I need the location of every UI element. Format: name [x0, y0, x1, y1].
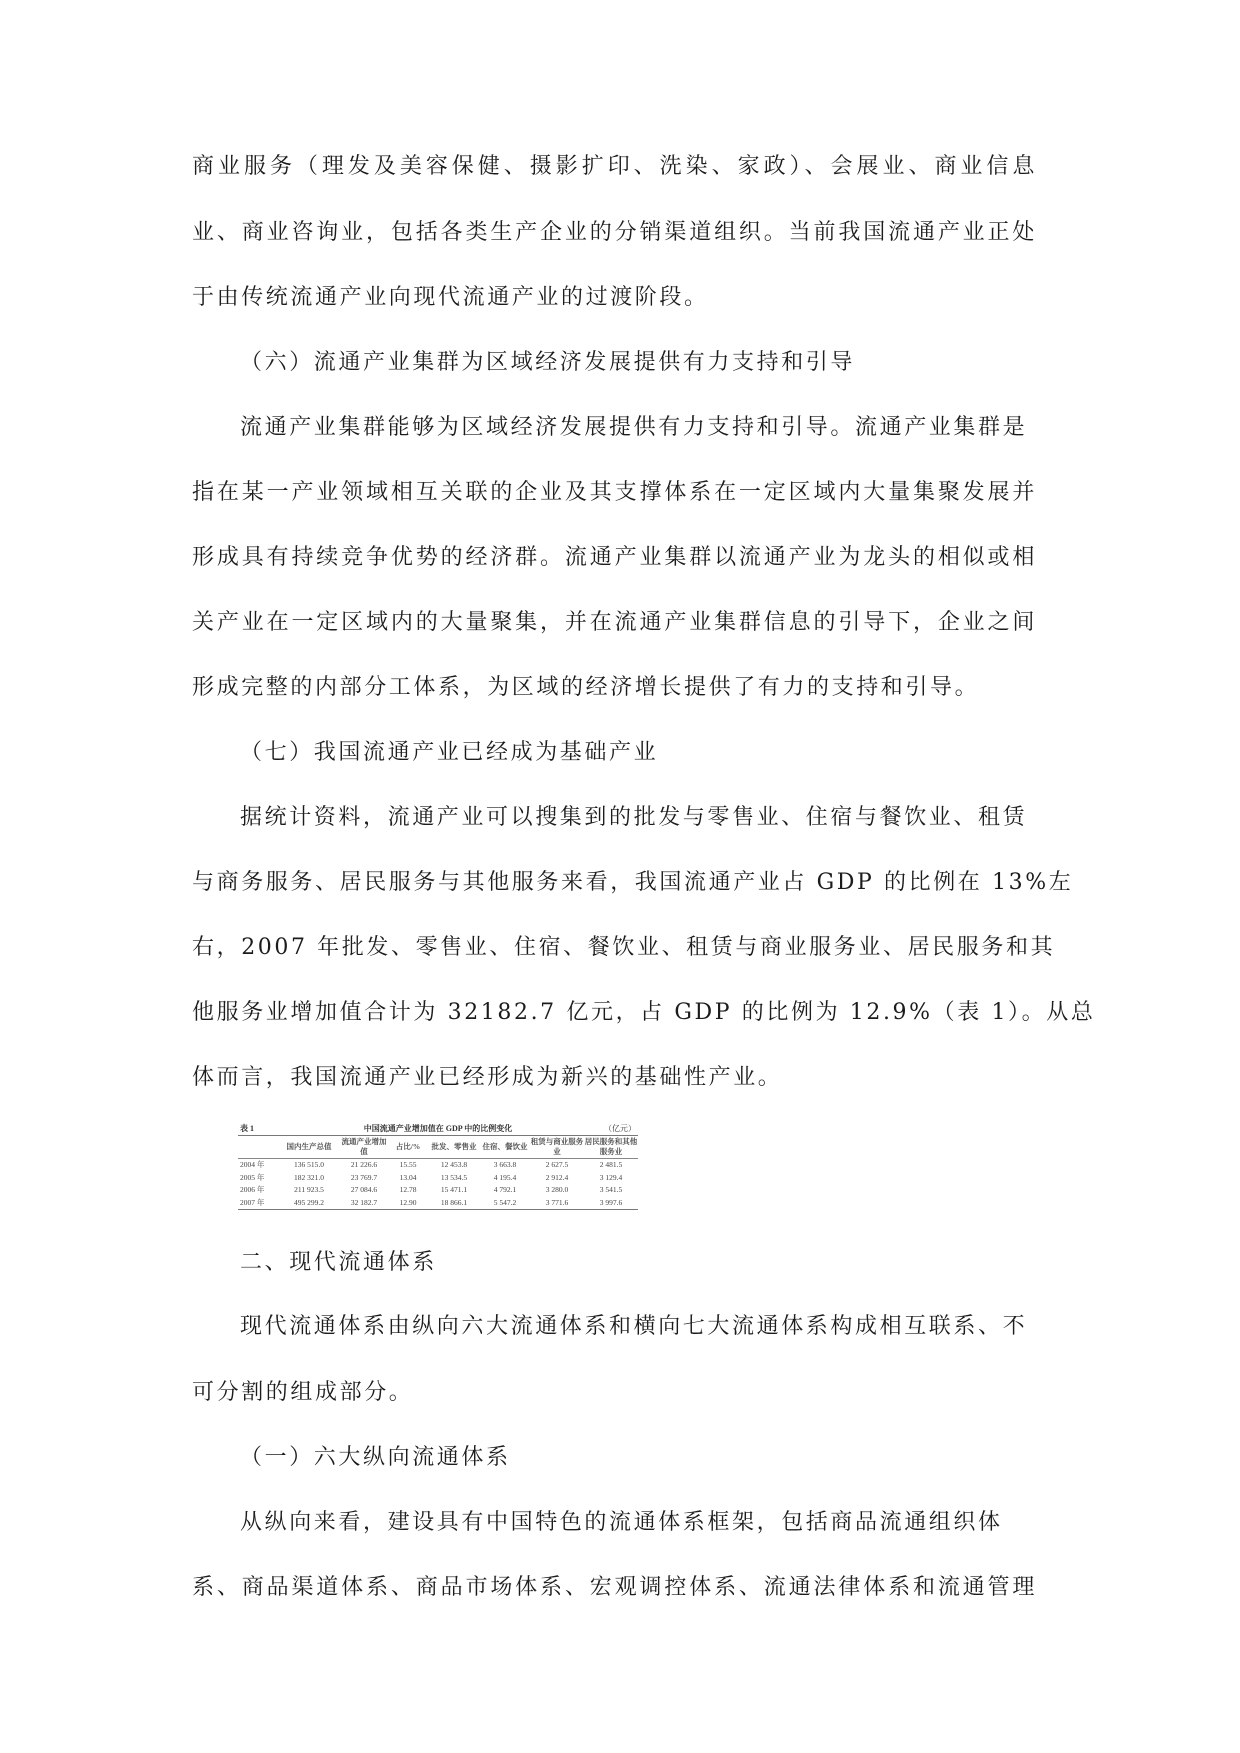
table-cell: 495 299.2 [278, 1197, 340, 1210]
table-cell: 12.78 [388, 1184, 428, 1197]
data-table: 国内生产总值 流通产业增加值 占比/% 批发、零售业 住宿、餐饮业 租赁与商业服… [238, 1135, 638, 1210]
table-cell: 18 866.1 [428, 1197, 480, 1210]
paragraph-line: 指在某一产业领域相互关联的企业及其支撑体系在一定区域内大量集聚发展并 [192, 478, 1037, 508]
header-cell [238, 1136, 278, 1159]
table-caption: 表 1 中国流通产业增加值在 GDP 中的比例变化 （亿元） [238, 1122, 638, 1135]
header-cell: 流通产业增加值 [340, 1136, 388, 1159]
table-row: 2004 年136 515.021 226.615.5512 453.83 66… [238, 1159, 638, 1172]
table-cell: 3 997.6 [584, 1197, 638, 1210]
paragraph-line: 现代流通体系由纵向六大流通体系和横向七大流通体系构成相互联系、不 [240, 1312, 1037, 1342]
table-cell: 5 547.2 [480, 1197, 530, 1210]
table-cell: 3 280.0 [530, 1184, 584, 1197]
table-unit: （亿元） [604, 1122, 636, 1135]
table-row: 2007 年495 299.232 182.712.9018 866.15 54… [238, 1197, 638, 1210]
paragraph-line: 业、商业咨询业，包括各类生产企业的分销渠道组织。当前我国流通产业正处 [192, 218, 1037, 248]
section-heading: （六）流通产业集群为区域经济发展提供有力支持和引导 [240, 348, 855, 378]
paragraph-line: 据统计资料，流通产业可以搜集到的批发与零售业、住宿与餐饮业、租赁 [240, 803, 1037, 833]
paragraph-line: 右，2007 年批发、零售业、住宿、餐饮业、租赁与商业服务业、居民服务和其 [192, 933, 1037, 963]
table-cell: 2 912.4 [530, 1172, 584, 1185]
table-row: 2005 年182 321.023 769.713.0413 534.54 19… [238, 1172, 638, 1185]
paragraph-line: 流通产业集群能够为区域经济发展提供有力支持和引导。流通产业集群是 [240, 413, 1037, 443]
table-cell: 12.90 [388, 1197, 428, 1210]
row-year: 2005 年 [238, 1172, 278, 1185]
header-cell: 租赁与商业服务业 [530, 1136, 584, 1159]
table-cell: 2 627.5 [530, 1159, 584, 1172]
paragraph-line: 商业服务（理发及美容保健、摄影扩印、洗染、家政）、会展业、商业信息 [192, 152, 1037, 182]
table-header-row: 国内生产总值 流通产业增加值 占比/% 批发、零售业 住宿、餐饮业 租赁与商业服… [238, 1136, 638, 1159]
paragraph-line: 系、商品渠道体系、商品市场体系、宏观调控体系、流通法律体系和流通管理 [192, 1573, 1037, 1603]
paragraph-line: 体而言，我国流通产业已经形成为新兴的基础性产业。 [192, 1063, 1037, 1093]
table-cell: 182 321.0 [278, 1172, 340, 1185]
table-1: 表 1 中国流通产业增加值在 GDP 中的比例变化 （亿元） 国内生产总值 流通… [238, 1122, 638, 1210]
table-cell: 12 453.8 [428, 1159, 480, 1172]
header-cell: 国内生产总值 [278, 1136, 340, 1159]
table-cell: 211 923.5 [278, 1184, 340, 1197]
paragraph-line: 形成完整的内部分工体系，为区域的经济增长提供了有力的支持和引导。 [192, 673, 1037, 703]
paragraph-line: 关产业在一定区域内的大量聚集，并在流通产业集群信息的引导下，企业之间 [192, 608, 1037, 638]
table-cell: 13 534.5 [428, 1172, 480, 1185]
table-cell: 3 541.5 [584, 1184, 638, 1197]
table-cell: 32 182.7 [340, 1197, 388, 1210]
table-cell: 3 663.8 [480, 1159, 530, 1172]
table-cell: 2 481.5 [584, 1159, 638, 1172]
table-row: 2006 年211 923.527 084.612.7815 471.14 79… [238, 1184, 638, 1197]
paragraph-line: 他服务业增加值合计为 32182.7 亿元，占 GDP 的比例为 12.9%（表… [192, 998, 1037, 1028]
section-heading: （七）我国流通产业已经成为基础产业 [240, 738, 658, 768]
header-cell: 住宿、餐饮业 [480, 1136, 530, 1159]
row-year: 2007 年 [238, 1197, 278, 1210]
header-cell: 居民服务和其他服务业 [584, 1136, 638, 1159]
paragraph-line: 与商务服务、居民服务与其他服务来看，我国流通产业占 GDP 的比例在 13%左 [192, 868, 1037, 898]
paragraph-line: 从纵向来看，建设具有中国特色的流通体系框架，包括商品流通组织体 [240, 1508, 1037, 1538]
table-cell: 136 515.0 [278, 1159, 340, 1172]
table-body: 2004 年136 515.021 226.615.5512 453.83 66… [238, 1159, 638, 1210]
table-cell: 27 084.6 [340, 1184, 388, 1197]
paragraph-line: 形成具有持续竞争优势的经济群。流通产业集群以流通产业为龙头的相似或相 [192, 543, 1037, 573]
table-cell: 13.04 [388, 1172, 428, 1185]
table-cell: 3 129.4 [584, 1172, 638, 1185]
table-cell: 3 771.6 [530, 1197, 584, 1210]
section-heading: 二、现代流通体系 [240, 1248, 437, 1278]
table-cell: 21 226.6 [340, 1159, 388, 1172]
document-page: 商业服务（理发及美容保健、摄影扩印、洗染、家政）、会展业、商业信息业、商业咨询业… [0, 0, 1240, 1753]
table-cell: 15 471.1 [428, 1184, 480, 1197]
paragraph-line: 可分割的组成部分。 [192, 1378, 1037, 1408]
table-cell: 4 195.4 [480, 1172, 530, 1185]
table-cell: 15.55 [388, 1159, 428, 1172]
table-title: 中国流通产业增加值在 GDP 中的比例变化 [238, 1122, 638, 1135]
section-heading: （一）六大纵向流通体系 [240, 1443, 511, 1473]
header-cell: 批发、零售业 [428, 1136, 480, 1159]
header-cell: 占比/% [388, 1136, 428, 1159]
paragraph-line: 于由传统流通产业向现代流通产业的过渡阶段。 [192, 283, 1037, 313]
row-year: 2004 年 [238, 1159, 278, 1172]
row-year: 2006 年 [238, 1184, 278, 1197]
table-cell: 4 792.1 [480, 1184, 530, 1197]
table-cell: 23 769.7 [340, 1172, 388, 1185]
